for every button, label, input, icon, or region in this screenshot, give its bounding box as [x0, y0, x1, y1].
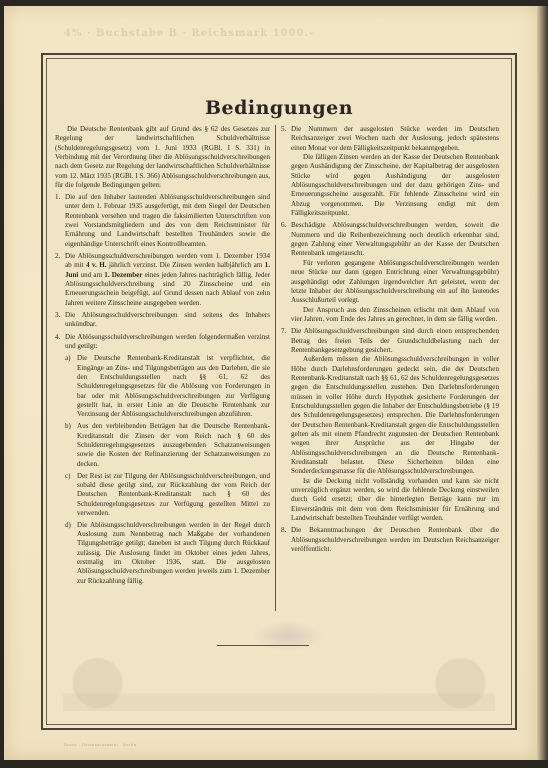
condition-number: 3. — [55, 311, 60, 320]
condition-5: 5. Die Nummern der ausgelosten Stücke we… — [281, 125, 499, 218]
condition-number: 2. — [55, 252, 60, 261]
condition-text: Die Ablösungsschuldverschreibungen sind … — [291, 327, 499, 354]
condition-continuation: Außerdem müssen die Ablösungsschuldversc… — [291, 355, 499, 476]
subcondition-letter: d) — [65, 521, 71, 530]
condition-continuation: Für verloren gegangene Ablösungsschuldve… — [291, 259, 499, 306]
condition-text: Die auf den Inhaber lautenden Ablösungss… — [65, 193, 270, 248]
condition-text: Die Ablösungsschuldverschreibungen werde… — [65, 333, 270, 350]
condition-4b: b) Aus den verbleibenden Beträgen hat di… — [55, 422, 270, 469]
condition-4a: a) Die Deutsche Rentenbank-Kreditanstalt… — [55, 354, 270, 419]
certificate-page: 4% · Buchstabe B · Reichsmark 1000.- Bed… — [4, 6, 537, 760]
subcondition-text: Aus den verbleibenden Beträgen hat die D… — [77, 422, 270, 467]
condition-4c: c) Der Rest ist zur Tilgung der Ablösung… — [55, 472, 270, 519]
condition-3: 3. Die Ablösungsschuldverschreibungen si… — [55, 311, 270, 330]
condition-text: Die Bekanntmachungen der Deutschen Rente… — [291, 526, 499, 553]
subcondition-letter: b) — [65, 422, 71, 431]
condition-text: Die Nummern der ausgelosten Stücke werde… — [291, 125, 499, 152]
conditions-frame: Bedingungen Die Deutsche Rentenbank gibt… — [41, 53, 517, 730]
condition-continuation: Die fälligen Zinsen werden an der Kasse … — [291, 153, 499, 218]
subcondition-letter: c) — [65, 472, 71, 481]
condition-8: 8. Die Bekanntmachungen der Deutschen Re… — [281, 526, 499, 554]
reverse-side-show-through — [63, 655, 495, 725]
condition-7: 7. Die Ablösungsschuldverschreibungen si… — [281, 327, 499, 523]
condition-text: und am — [78, 271, 104, 279]
condition-number: 5. — [281, 125, 286, 134]
condition-text: Die Ablösungsschuldverschreibungen sind … — [65, 311, 270, 328]
show-through-header: 4% · Buchstabe B · Reichsmark 1000.- — [64, 28, 484, 42]
subcondition-text: Die Ablösungsschuldverschreibungen werde… — [77, 521, 270, 585]
faded-stamp — [253, 621, 323, 651]
condition-4: 4. Die Ablösungsschuldverschreibungen we… — [55, 333, 270, 352]
column-divider — [275, 125, 276, 611]
condition-number: 4. — [55, 333, 60, 342]
condition-6: 6. Beschädigte Ablösungsschuldverschreib… — [281, 221, 499, 324]
condition-text: Beschädigte Ablösungsschuldverschreibung… — [291, 221, 499, 257]
condition-4d: d) Die Ablösungsschuldverschreibungen we… — [55, 521, 270, 586]
page-edge-shadow — [537, 6, 548, 760]
condition-continuation: Ist die Deckung nicht vollständig vorhan… — [291, 477, 499, 524]
condition-number: 1. — [55, 193, 60, 202]
condition-text: jährlich verzinst. Die Zinsen werden hal… — [107, 261, 265, 269]
condition-number: 6. — [281, 221, 286, 230]
signature-line — [217, 645, 309, 646]
condition-number: 7. — [281, 327, 286, 336]
condition-continuation: Der Anspruch aus den Zinsscheinen erlisc… — [291, 306, 499, 325]
left-column: Die Deutsche Rentenbank gibt auf Grund d… — [55, 125, 270, 589]
condition-2: 2. Die Ablösungsschuldverschreibungen we… — [55, 252, 270, 308]
printer-imprint: Druck · Reichsdruckerei · Berlin — [64, 742, 136, 747]
document-title: Bedingungen — [43, 97, 515, 119]
intro-paragraph: Die Deutsche Rentenbank gibt auf Grund d… — [55, 125, 270, 190]
subcondition-letter: a) — [65, 354, 71, 363]
interest-rate: 4 v. H. — [86, 261, 107, 269]
subcondition-text: Der Rest ist zur Tilgung der Ablösungssc… — [77, 472, 270, 517]
condition-1: 1. Die auf den Inhaber lautenden Ablösun… — [55, 193, 270, 249]
condition-number: 8. — [281, 526, 286, 535]
payment-date-december: 1. Dezember — [104, 271, 142, 279]
subcondition-text: Die Deutsche Rentenbank-Kreditanstalt is… — [77, 354, 270, 418]
right-column: 5. Die Nummern der ausgelosten Stücke we… — [281, 125, 499, 557]
